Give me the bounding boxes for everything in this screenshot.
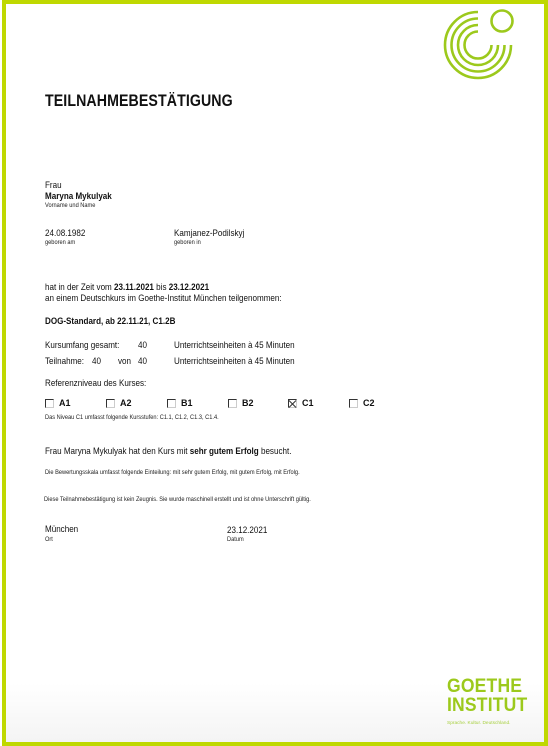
attendance-of-label: von [118,355,133,366]
level-checkbox-b2[interactable]: B2 [228,398,254,408]
attendance-label: Teilnahme: [45,355,90,366]
course-total-units-text: Unterrichtseinheiten à 45 Minuten [174,339,314,350]
disclaimer: Diese Teilnahmebestätigung ist kein Zeug… [44,496,354,503]
attended-units: 40 [92,355,102,366]
signature-date-label: Datum [227,536,246,543]
birth-date: 24.08.1982 [45,227,92,238]
course-period: hat in der Zeit vom 23.11.2021 bis 23.12… [45,281,236,292]
level-checkbox-b1[interactable]: B1 [167,398,193,408]
salutation: Frau [45,179,64,190]
checkbox-b2-box[interactable] [228,399,237,408]
course-start-date: 23.11.2021 [114,281,154,292]
level-checkbox-a1[interactable]: A1 [45,398,71,408]
person-name: Maryna Mykulyak [45,190,123,201]
level-checkbox-c2[interactable]: C2 [349,398,375,408]
goethe-logo-icon [440,5,522,87]
checkbox-a1-box[interactable] [45,399,54,408]
birth-date-label: geboren am [45,239,80,246]
attendance-of-units: 40 [138,355,148,366]
course-end-date: 23.12.2021 [169,281,209,292]
signature-place-label: Ort [45,536,54,543]
level-label: Referenzniveau des Kurses: [45,377,163,388]
level-checkbox-c1[interactable]: C1 [288,398,314,408]
page-title: TEILNAHMEBESTÄTIGUNG [45,92,263,111]
footer-tagline: Sprache. Kultur. Deutschland. [447,721,536,726]
checkbox-a2-box[interactable] [106,399,115,408]
goethe-institut-wordmark: GOETHE INSTITUT Sprache. Kultur. Deutsch… [447,677,536,726]
signature-date: 23.12.2021 [227,524,274,535]
checkbox-b1-box[interactable] [167,399,176,408]
certificate-frame [2,0,548,746]
checkbox-c1-box[interactable] [288,399,297,408]
course-total-units: 40 [138,339,148,350]
checkbox-c2-box[interactable] [349,399,358,408]
birth-place: Kamjanez-Podilskyj [174,227,256,238]
attendance-units-text: Unterrichtseinheiten à 45 Minuten [174,355,314,366]
level-note: Das Niveau C1 umfasst folgende Kursstufe… [45,414,247,421]
level-checkbox-a2[interactable]: A2 [106,398,132,408]
course-name: DOG-Standard, ab 22.11.21, C1.2B [45,315,197,326]
course-total-label: Kursumfang gesamt: [45,339,132,350]
birth-place-label: geboren in [174,239,205,246]
grading-scale-note: Die Bewertungsskala umfasst folgende Ein… [45,469,341,476]
person-name-label: Vorname und Name [45,202,104,209]
course-location: an einem Deutschkurs im Goethe-Institut … [45,292,320,303]
result-grade: sehr gutem Erfolg [190,445,259,456]
signature-place: München [45,523,84,534]
result-statement: Frau Maryna Mykulyak hat den Kurs mit se… [45,445,332,456]
